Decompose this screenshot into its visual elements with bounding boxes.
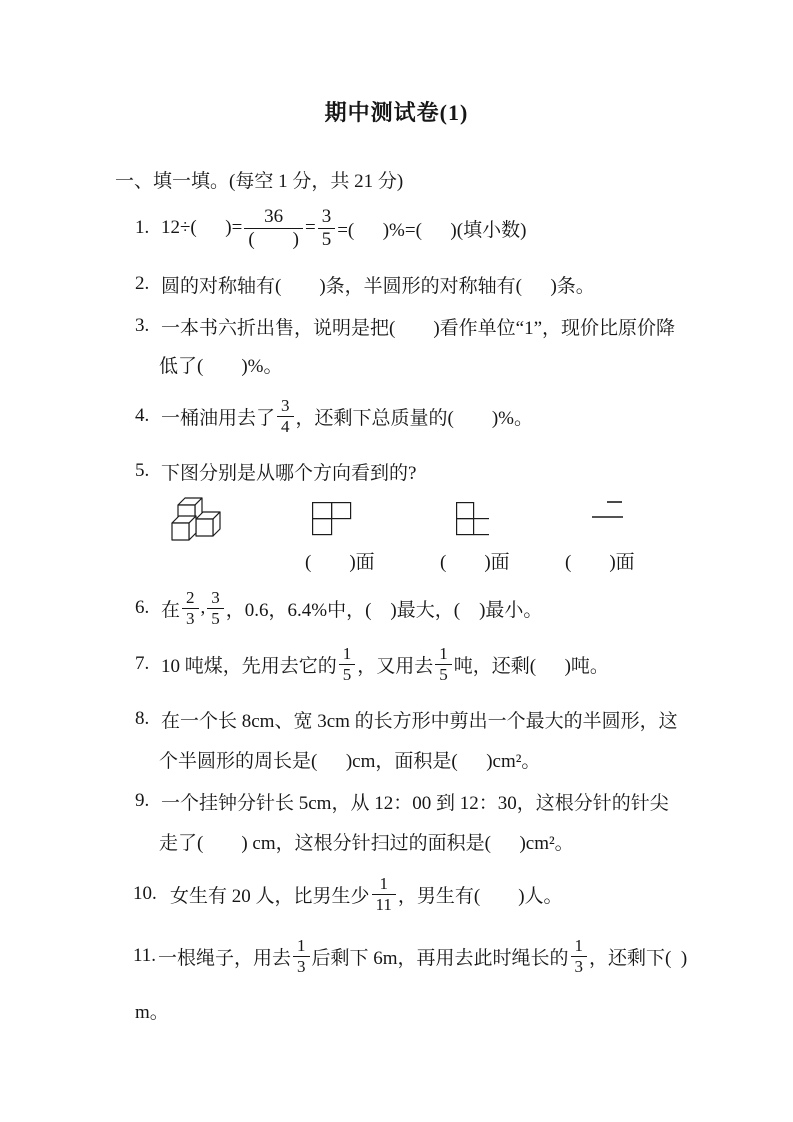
- question-8-line-2: 个半圆形的周长是( )cm，面积是( )cm²。: [135, 740, 678, 778]
- fraction: 34: [277, 396, 294, 435]
- cubes-isometric-figure: [170, 496, 222, 546]
- question-7-line-1: 7.10 吨煤，先用去它的15，又用去15吨，还剩( )吨。: [135, 638, 609, 690]
- fraction: 15: [435, 644, 452, 683]
- question-text: ，男生有( )人。: [398, 881, 563, 908]
- view-shape-two-lines: [590, 498, 626, 522]
- question-11-line-2: m。: [133, 991, 687, 1029]
- question-text: 女生有 20 人，比男生少: [170, 881, 370, 908]
- question-text: m。: [135, 997, 169, 1024]
- question-number: 3.: [135, 315, 161, 337]
- question-number: 2.: [135, 273, 161, 295]
- fraction: 15: [339, 644, 356, 683]
- fraction: 35: [318, 206, 336, 250]
- question-text: 一根绳子，用去: [158, 943, 291, 970]
- question-text: ，0.6，6.4%中，( )最大，( )最小。: [226, 595, 543, 622]
- question-8: 8.在一个长 8cm、宽 3cm 的长方形中剪出一个最大的半圆形，这个半圆形的周…: [135, 698, 678, 778]
- question-text: 一个挂钟分针长 5cm，从 12：00 到 12：30，这根分针的针尖: [161, 788, 669, 815]
- question-10-line-1: 10.女生有 20 人，比男生少111，男生有( )人。: [133, 868, 563, 920]
- view-label-1: ( )面: [305, 547, 375, 574]
- question-text: 圆的对称轴有( )条，半圆形的对称轴有( )条。: [161, 271, 595, 298]
- question-text: ,: [201, 597, 206, 619]
- question-5: 5.下图分别是从哪个方向看到的?: [135, 452, 416, 490]
- question-text: 个半圆形的周长是( )cm，面积是( )cm²。: [159, 746, 540, 773]
- fraction: 111: [372, 874, 396, 913]
- question-3-line-2: 低了( )%。: [135, 345, 675, 383]
- question-1: 1.12÷( )=36( )=35=( )%=( )(填小数): [135, 202, 526, 254]
- question-5-line-1: 5.下图分别是从哪个方向看到的?: [135, 452, 416, 490]
- view-shape-three-squares: [312, 502, 353, 537]
- fraction: 36( ): [244, 206, 303, 250]
- question-2-line-1: 2.圆的对称轴有( )条，半圆形的对称轴有( )条。: [135, 265, 595, 303]
- page-title: 期中测试卷(1): [0, 96, 793, 127]
- question-text: 12÷( )=: [161, 217, 242, 239]
- question-9-line-2: 走了( ) cm，这根分针扫过的面积是( )cm²。: [135, 822, 669, 860]
- question-11-line-1: 11.一根绳子，用去13后剩下 6m，再用去此时绳长的13，还剩下( ): [133, 930, 687, 982]
- question-number: 5.: [135, 460, 161, 482]
- question-number: 1.: [135, 217, 161, 239]
- question-number: 6.: [135, 597, 161, 619]
- question-11: 11.一根绳子，用去13后剩下 6m，再用去此时绳长的13，还剩下( )m。: [133, 930, 687, 1029]
- question-text: 一本书六折出售，说明是把( )看作单位“1”，现价比原价降: [161, 313, 675, 340]
- question-text: 下图分别是从哪个方向看到的?: [161, 458, 416, 485]
- question-6: 6.在23,35，0.6，6.4%中，( )最大，( )最小。: [135, 582, 542, 634]
- question-text: 吨，还剩( )吨。: [454, 651, 609, 678]
- question-number: 10.: [133, 883, 170, 905]
- question-7: 7.10 吨煤，先用去它的15，又用去15吨，还剩( )吨。: [135, 638, 609, 690]
- fraction: 13: [571, 936, 588, 975]
- question-number: 8.: [135, 708, 161, 730]
- fraction: 35: [207, 588, 224, 627]
- question-text: 在: [161, 595, 180, 622]
- question-3-line-1: 3.一本书六折出售，说明是把( )看作单位“1”，现价比原价降: [135, 307, 675, 345]
- question-9: 9.一个挂钟分针长 5cm，从 12：00 到 12：30，这根分针的针尖走了(…: [135, 780, 669, 860]
- view-shape-stacked-squares: [456, 502, 491, 537]
- test-paper-page: 期中测试卷(1) 一、填一填。(每空 1 分，共 21 分) 1.12÷( )=…: [0, 0, 793, 1122]
- question-text: ，还剩下( ): [589, 943, 687, 970]
- question-number: 4.: [135, 405, 161, 427]
- question-3: 3.一本书六折出售，说明是把( )看作单位“1”，现价比原价降低了( )%。: [135, 307, 675, 383]
- question-8-line-1: 8.在一个长 8cm、宽 3cm 的长方形中剪出一个最大的半圆形，这: [135, 698, 678, 740]
- question-number: 11.: [133, 945, 158, 967]
- question-number: 9.: [135, 790, 161, 812]
- question-text: =: [305, 217, 316, 239]
- question-text: =( )%=( )(填小数): [337, 215, 526, 242]
- question-10: 10.女生有 20 人，比男生少111，男生有( )人。: [133, 868, 563, 920]
- question-text: 在一个长 8cm、宽 3cm 的长方形中剪出一个最大的半圆形，这: [161, 706, 678, 733]
- question-text: 10 吨煤，先用去它的: [161, 651, 337, 678]
- question-4-line-1: 4.一桶油用去了34，还剩下总质量的( )%。: [135, 390, 533, 442]
- section-heading: 一、填一填。(每空 1 分，共 21 分): [115, 166, 403, 193]
- question-4: 4.一桶油用去了34，还剩下总质量的( )%。: [135, 390, 533, 442]
- question-text: ，还剩下总质量的( )%。: [296, 403, 533, 430]
- question-text: 后剩下 6m，再用去此时绳长的: [312, 943, 569, 970]
- question-2: 2.圆的对称轴有( )条，半圆形的对称轴有( )条。: [135, 265, 595, 303]
- question-6-line-1: 6.在23,35，0.6，6.4%中，( )最大，( )最小。: [135, 582, 542, 634]
- fraction: 13: [293, 936, 310, 975]
- fraction: 23: [182, 588, 199, 627]
- view-label-2: ( )面: [440, 547, 510, 574]
- question-text: ，又用去: [357, 651, 433, 678]
- view-label-3: ( )面: [565, 547, 635, 574]
- question-text: 低了( )%。: [159, 351, 282, 378]
- question-text: 走了( ) cm，这根分针扫过的面积是( )cm²。: [159, 828, 574, 855]
- question-text: 一桶油用去了: [161, 403, 275, 430]
- question-9-line-1: 9.一个挂钟分针长 5cm，从 12：00 到 12：30，这根分针的针尖: [135, 780, 669, 822]
- question-number: 7.: [135, 653, 161, 675]
- question-1-line-1: 1.12÷( )=36( )=35=( )%=( )(填小数): [135, 202, 526, 254]
